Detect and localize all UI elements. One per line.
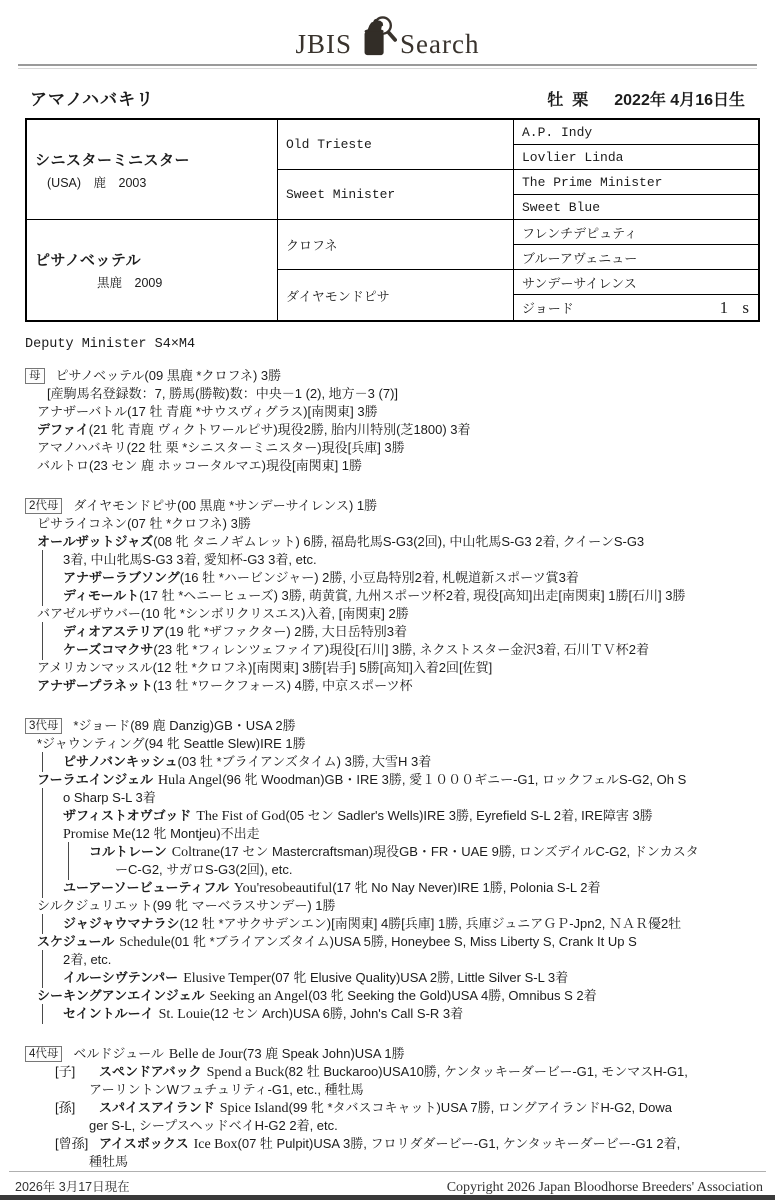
relation-prefix: [子] (55, 1063, 99, 1081)
pedigree-line: スケジュールSchedule(01 牝 *ブライアンズタイム)USA 5勝, H… (25, 933, 757, 951)
section-head-line: 母ピサノベッテル(09 黒鹿 *クロフネ) 3勝 (25, 367, 757, 385)
sire-cell: シニスターミニスター (USA) 鹿 2003 (27, 120, 278, 220)
tree-branch-line (42, 788, 43, 808)
pedigree-table: シニスターミニスター (USA) 鹿 2003 ピサノベッテル 黒鹿 2009 … (25, 118, 760, 322)
pedigree-line: シーキングアンエインジェルSeeking an Angel(03 牝 Seeki… (25, 987, 757, 1005)
record-text: ーC-G2, サガロS-G3(2回), etc. (115, 862, 292, 877)
section-label: 3代母 (25, 718, 62, 734)
record-text: アーリントンWフュチュリティ-G1, etc., 種牡馬 (89, 1082, 364, 1097)
sire-name: シニスターミニスター (35, 149, 277, 170)
horse-name-latin: Ice Box (194, 1137, 238, 1152)
record-text: (13 牡 *ワークフォース) 4勝, 中京スポーツ杯 (153, 678, 413, 693)
tree-branch-line (42, 824, 43, 844)
record-text: バアゼルザウバー(10 牝 *シンボリクリスエス)入着, [南関東] 2勝 (37, 606, 409, 621)
gen3-cell: サンデーサイレンス (514, 270, 758, 295)
family-section: 母ピサノベッテル(09 黒鹿 *クロフネ) 3勝[産駒馬名登録数：7, 勝馬(勝… (25, 367, 757, 475)
logo-text-jbis: JBIS (296, 31, 353, 58)
gen3-name: ジョード (522, 298, 574, 317)
horse-name-latin: Seeking an Angel (210, 989, 309, 1004)
tree-branch-line (42, 806, 43, 826)
horse-name: アナザープラネット (37, 678, 153, 693)
pedigree-line: アーリントンWフュチュリティ-G1, etc., 種牡馬 (25, 1081, 757, 1099)
tree-branch-line (42, 842, 43, 862)
record-text: (17 セン Mastercraftsman)現役GB・FR・UAE 9勝, ロ… (220, 844, 699, 859)
dam-sire-cell: クロフネ (278, 220, 514, 270)
pedigree-line: アマノハバキリ(22 牡 栗 *シニスターミニスター)現役[兵庫] 3勝 (25, 439, 757, 457)
tree-branch-line (42, 914, 43, 934)
pedigree-line: o Sharp S-L 3着 (25, 789, 757, 807)
horse-name: ユーアーソービューティフル (63, 880, 229, 895)
pedigree-line: Promise Me(12 牝 Montjeu)不出走 (25, 825, 757, 843)
copyright-text: Copyright 2026 Japan Bloodhorse Breeders… (447, 1180, 763, 1196)
title-row: アマノハバキリ 牡栗2022年 4月16日生 (30, 85, 745, 110)
tree-branch-line (42, 586, 43, 606)
family-section: 2代母ダイヤモンドピサ(00 黒鹿 *サンデーサイレンス) 1勝ピサライコネン(… (25, 497, 757, 695)
sex-label: 牡 (547, 92, 563, 109)
jbis-search-logo: JBIS Search (18, 0, 757, 58)
record-text: (08 牝 タニノギムレット) 6勝, 福島牝馬S-G3(2回), 中山牝馬S-… (153, 534, 644, 549)
pedigree-line: オールザットジャズ(08 牝 タニノギムレット) 6勝, 福島牝馬S-G3(2回… (25, 533, 757, 551)
record-text: 種牡馬 (89, 1154, 128, 1169)
page-title: アマノハバキリ (30, 85, 154, 110)
record-text: (16 牡 *ハービンジャー) 2勝, 小豆島特別2着, 札幌道新スポーツ賞3着 (180, 570, 579, 585)
record-text: アナザーバトル(17 牡 青鹿 *サウスヴィグラス)[南関東] 3勝 (37, 404, 378, 419)
section-label: 母 (25, 368, 45, 384)
gen3-cell: The Prime Minister (514, 170, 758, 195)
record-text: (01 牝 *ブライアンズタイム)USA 5勝, Honeybee S, Mis… (171, 934, 637, 949)
gen3-cell: ジョード 1 s (514, 295, 758, 320)
horse-name: ディオアステリア (63, 624, 165, 639)
record-text: (12 牝 Montjeu)不出走 (131, 826, 260, 841)
section-head-line: 4代母ベルドジュールBelle de Jour(73 鹿 Speak John)… (25, 1045, 757, 1063)
horse-name: スパイスアイランド (99, 1100, 215, 1115)
horse-magnifier-icon (355, 14, 397, 60)
pedigree-line: *ジャウンティング(94 牝 Seattle Slew)IRE 1勝 (25, 735, 757, 753)
gen3-cell: Lovlier Linda (514, 145, 758, 170)
horse-name-latin: Spend a Buck (207, 1065, 285, 1080)
sire-detail: (USA) 鹿 2003 (35, 173, 277, 191)
record-text: バルトロ(23 セン 鹿 ホッコータルマエ)現役[南関東] 1勝 (37, 458, 362, 473)
record-text: (17 牝 No Nay Never)IRE 1勝, Polonia S-L 2… (332, 880, 600, 895)
pedigree-line: ger S-L, シープスヘッドベイH-G2 2着, etc. (25, 1117, 757, 1135)
record-text: (73 鹿 Speak John)USA 1勝 (243, 1046, 405, 1061)
record-text: (03 牝 Seeking the Gold)USA 4勝, Omnibus S… (308, 988, 596, 1003)
horse-name: コルトレーン (89, 844, 167, 859)
pedigree-line: ユーアーソービューティフルYou'resobeautiful(17 牝 No N… (25, 879, 757, 897)
horse-profile: 牡栗2022年 4月16日生 (547, 87, 745, 110)
gen3-cell: Sweet Blue (514, 195, 758, 220)
dam-dam-cell: ダイヤモンドピサ (278, 270, 514, 320)
pedigree-line: アナザーラブソング(16 牡 *ハービンジャー) 2勝, 小豆島特別2着, 札幌… (25, 569, 757, 587)
tree-branch-line (42, 860, 43, 880)
gen3-cell: ブルーアヴェニュー (514, 245, 758, 270)
gen3-cell: A.P. Indy (514, 120, 758, 145)
record-text: o Sharp S-L 3着 (63, 790, 156, 805)
pedigree-line: ピサノバンキッシュ(03 牡 *ブライアンズタイム) 3勝, 大雪H 3着 (25, 753, 757, 771)
pedigree-line: アメリカンマッスル(12 牡 *クロフネ)[南関東] 3勝[岩手] 5勝[高知]… (25, 659, 757, 677)
pedigree-line: 3着, 中山牝馬S-G3 3着, 愛知杯-G3 3着, etc. (25, 551, 757, 569)
pedigree-line: コルトレーンColtrane(17 セン Mastercraftsman)現役G… (25, 843, 757, 861)
record-text: 2着, etc. (63, 952, 111, 967)
pedigree-line: セイントルーイSt. Louie(12 セン Arch)USA 6勝, John… (25, 1005, 757, 1023)
section-head-line: 3代母*ジョード(89 鹿 Danzig)GB・USA 2勝 (25, 717, 757, 735)
print-artifact: 1 s (720, 298, 754, 318)
horse-name-latin: Elusive Temper (183, 971, 271, 986)
pedigree-line: バアゼルザウバー(10 牝 *シンボリクリスエス)入着, [南関東] 2勝 (25, 605, 757, 623)
dam-detail: 黒鹿 2009 (35, 273, 277, 291)
record-text: (99 牝 *タバスコキャット)USA 7勝, ロングアイランドH-G2, Do… (289, 1100, 672, 1115)
pedigree-line: [産駒馬名登録数：7, 勝馬(勝鞍)数：中央－1 (2), 地方－3 (7)] (25, 385, 757, 403)
horse-name: シーキングアンエインジェル (37, 988, 205, 1003)
pedigree-line: 種牡馬 (25, 1153, 757, 1171)
family-section: 3代母*ジョード(89 鹿 Danzig)GB・USA 2勝*ジャウンティング(… (25, 717, 757, 1023)
relation-prefix: [孫] (55, 1099, 99, 1117)
pedigree-line: ディオアステリア(19 牝 *ザファクター) 2勝, 大日岳特別3着 (25, 623, 757, 641)
horse-name: イルーシヴテンパー (63, 970, 178, 985)
pedigree-line: [曾孫]アイスボックスIce Box(07 牡 Pulpit)USA 3勝, フ… (25, 1135, 757, 1153)
section-label: 2代母 (25, 498, 62, 514)
record-text: ger S-L, シープスヘッドベイH-G2 2着, etc. (89, 1118, 338, 1133)
sire-sire-cell: Old Trieste (278, 120, 514, 170)
horse-name: ジャジャウマナラシ (63, 916, 179, 931)
record-text: [産駒馬名登録数：7, 勝馬(勝鞍)数：中央－1 (2), 地方－3 (7)] (47, 386, 398, 401)
as-of-date: 2026年 3月17日現在 (15, 1177, 130, 1195)
horse-name: *ジョード(89 鹿 Danzig)GB・USA 2勝 (73, 718, 295, 733)
pedigree-line: ディモールト(17 牡 *ヘニーヒューズ) 3勝, 萌黄賞, 九州スポーツ杯2着… (25, 587, 757, 605)
sire-dam-cell: Sweet Minister (278, 170, 514, 220)
record-text: (12 セン Arch)USA 6勝, John's Call S-R 3着 (210, 1006, 463, 1021)
record-text: (96 牝 Woodman)GB・IRE 3勝, 愛１０００ギニー-G1, ロッ… (222, 772, 686, 787)
pedigree-line: フーラエインジェルHula Angel(96 牝 Woodman)GB・IRE … (25, 771, 757, 789)
record-text: (07 牡 Pulpit)USA 3勝, フロリダダービー-G1, ケンタッキー… (238, 1136, 681, 1151)
record-text: (03 牡 *ブライアンズタイム) 3勝, 大雪H 3着 (178, 754, 432, 769)
record-text: (82 牡 Buckaroo)USA10勝, ケンタッキーダービー-G1, モン… (284, 1064, 688, 1079)
horse-name: ピサノベッテル(09 黒鹿 *クロフネ) 3勝 (56, 368, 282, 383)
family-sections: 母ピサノベッテル(09 黒鹿 *クロフネ) 3勝[産駒馬名登録数：7, 勝馬(勝… (25, 367, 757, 1171)
bottom-bar (0, 1195, 775, 1200)
inbreeding-note: Deputy Minister S4×M4 (25, 337, 757, 352)
record-text: 3着, 中山牝馬S-G3 3着, 愛知杯-G3 3着, etc. (63, 552, 317, 567)
section-head-line: 2代母ダイヤモンドピサ(00 黒鹿 *サンデーサイレンス) 1勝 (25, 497, 757, 515)
record-text: (23 牝 *フィレンツェファイア)現役[石川] 3勝, ネクストスター金沢3着… (153, 642, 649, 657)
record-text: (19 牝 *ザファクター) 2勝, 大日岳特別3着 (165, 624, 407, 639)
pedigree-line: ザフィストオヴゴッドThe Fist of God(05 セン Sadler's… (25, 807, 757, 825)
horse-name: ケーズコマクサ (63, 642, 153, 657)
logo-text-search: Search (400, 31, 479, 58)
dam-name: ピサノベッテル (35, 249, 277, 270)
pedigree-line: [孫]スパイスアイランドSpice Island(99 牝 *タバスコキャット)… (25, 1099, 757, 1117)
relation-prefix: [曾孫] (55, 1135, 99, 1153)
tree-branch-line (68, 860, 69, 880)
record-text: (17 牡 *ヘニーヒューズ) 3勝, 萌黄賞, 九州スポーツ杯2着, 現役[高… (139, 588, 685, 603)
horse-name: スケジュール (37, 934, 114, 949)
header-divider (18, 64, 757, 69)
horse-name: スペンドアバック (99, 1064, 202, 1079)
tree-branch-line (42, 968, 43, 988)
section-label: 4代母 (25, 1046, 62, 1062)
tree-branch-line (42, 550, 43, 570)
gen3-cell: フレンチデピュティ (514, 220, 758, 245)
pedigree-line: アナザーバトル(17 牡 青鹿 *サウスヴィグラス)[南関東] 3勝 (25, 403, 757, 421)
record-text: アメリカンマッスル(12 牡 *クロフネ)[南関東] 3勝[岩手] 5勝[高知]… (37, 660, 492, 675)
footer: 2026年 3月17日現在 Copyright 2026 Japan Blood… (15, 1177, 763, 1196)
horse-name: ベルドジュール (73, 1046, 163, 1061)
dam-cell: ピサノベッテル 黒鹿 2009 (27, 220, 278, 320)
pedigree-line: ジャジャウマナラシ(12 牡 *アサクサデンエン)[南関東] 4勝[兵庫] 1勝… (25, 915, 757, 933)
record-text: (07 牝 Elusive Quality)USA 2勝, Little Sil… (271, 970, 568, 985)
horse-name-latin: Schedule (119, 935, 170, 950)
family-section: 4代母ベルドジュールBelle de Jour(73 鹿 Speak John)… (25, 1045, 757, 1171)
horse-name: フーラエインジェル (37, 772, 153, 787)
horse-name-latin: The Fist of God (196, 809, 285, 824)
horse-name-latin: St. Louie (159, 1007, 210, 1022)
pedigree-line: シルクジュリエット(99 牝 マーベラスサンデー) 1勝 (25, 897, 757, 915)
footer-divider (9, 1171, 766, 1172)
horse-name: アイスボックス (99, 1136, 189, 1151)
pedigree-line: ケーズコマクサ(23 牝 *フィレンツェファイア)現役[石川] 3勝, ネクスト… (25, 641, 757, 659)
tree-branch-line (68, 842, 69, 862)
record-text: アマノハバキリ(22 牡 栗 *シニスターミニスター)現役[兵庫] 3勝 (37, 440, 405, 455)
tree-branch-line (42, 1004, 43, 1024)
record-text: シルクジュリエット(99 牝 マーベラスサンデー) 1勝 (37, 898, 336, 913)
record-text: (12 牡 *アサクサデンエン)[南関東] 4勝[兵庫] 1勝, 兵庫ジュニアＧ… (179, 916, 681, 931)
tree-branch-line (42, 950, 43, 970)
horse-name-latin: Spice Island (220, 1101, 289, 1116)
tree-branch-line (42, 878, 43, 898)
record-text: (05 セン Sadler's Wells)IRE 3勝, Eyrefield … (285, 808, 652, 823)
horse-name: デファイ (37, 422, 89, 437)
pedigree-line: バルトロ(23 セン 鹿 ホッコータルマエ)現役[南関東] 1勝 (25, 457, 757, 475)
tree-branch-line (42, 622, 43, 642)
horse-name-latin: Hula Angel (158, 773, 222, 788)
horse-name: オールザットジャズ (37, 534, 153, 549)
horse-name: ダイヤモンドピサ(00 黒鹿 *サンデーサイレンス) 1勝 (73, 498, 377, 513)
horse-name-latin: Coltrane (172, 845, 220, 860)
tree-branch-line (42, 568, 43, 588)
horse-name: ピサノバンキッシュ (63, 754, 178, 769)
pedigree-line: 2着, etc. (25, 951, 757, 969)
record-text: (21 牝 青鹿 ヴィクトワールピサ)現役2勝, 胎内川特別(芝1800) 3着 (89, 422, 471, 437)
horse-name-latin: Promise Me (63, 827, 131, 842)
tree-branch-line (42, 752, 43, 772)
pedigree-line: イルーシヴテンパーElusive Temper(07 牝 Elusive Qua… (25, 969, 757, 987)
pedigree-line: ーC-G2, サガロS-G3(2回), etc. (25, 861, 757, 879)
horse-name: ザフィストオヴゴッド (63, 808, 191, 823)
record-text: ピサライコネン(07 牡 *クロフネ) 3勝 (37, 516, 251, 531)
coat-label: 栗 (572, 92, 588, 109)
horse-name-latin: You'resobeautiful (234, 881, 332, 896)
horse-name: アナザーラブソング (63, 570, 180, 585)
pedigree-line: アナザープラネット(13 牡 *ワークフォース) 4勝, 中京スポーツ杯 (25, 677, 757, 695)
pedigree-line: ピサライコネン(07 牡 *クロフネ) 3勝 (25, 515, 757, 533)
horse-name: ディモールト (63, 588, 139, 603)
pedigree-line: デファイ(21 牝 青鹿 ヴィクトワールピサ)現役2勝, 胎内川特別(芝1800… (25, 421, 757, 439)
birthdate-label: 2022年 4月16日生 (614, 92, 745, 109)
record-text: *ジャウンティング(94 牝 Seattle Slew)IRE 1勝 (37, 736, 306, 751)
horse-name: セイントルーイ (63, 1006, 154, 1021)
tree-branch-line (42, 640, 43, 660)
pedigree-line: [子]スペンドアバックSpend a Buck(82 牡 Buckaroo)US… (25, 1063, 757, 1081)
horse-name-latin: Belle de Jour (169, 1047, 243, 1062)
